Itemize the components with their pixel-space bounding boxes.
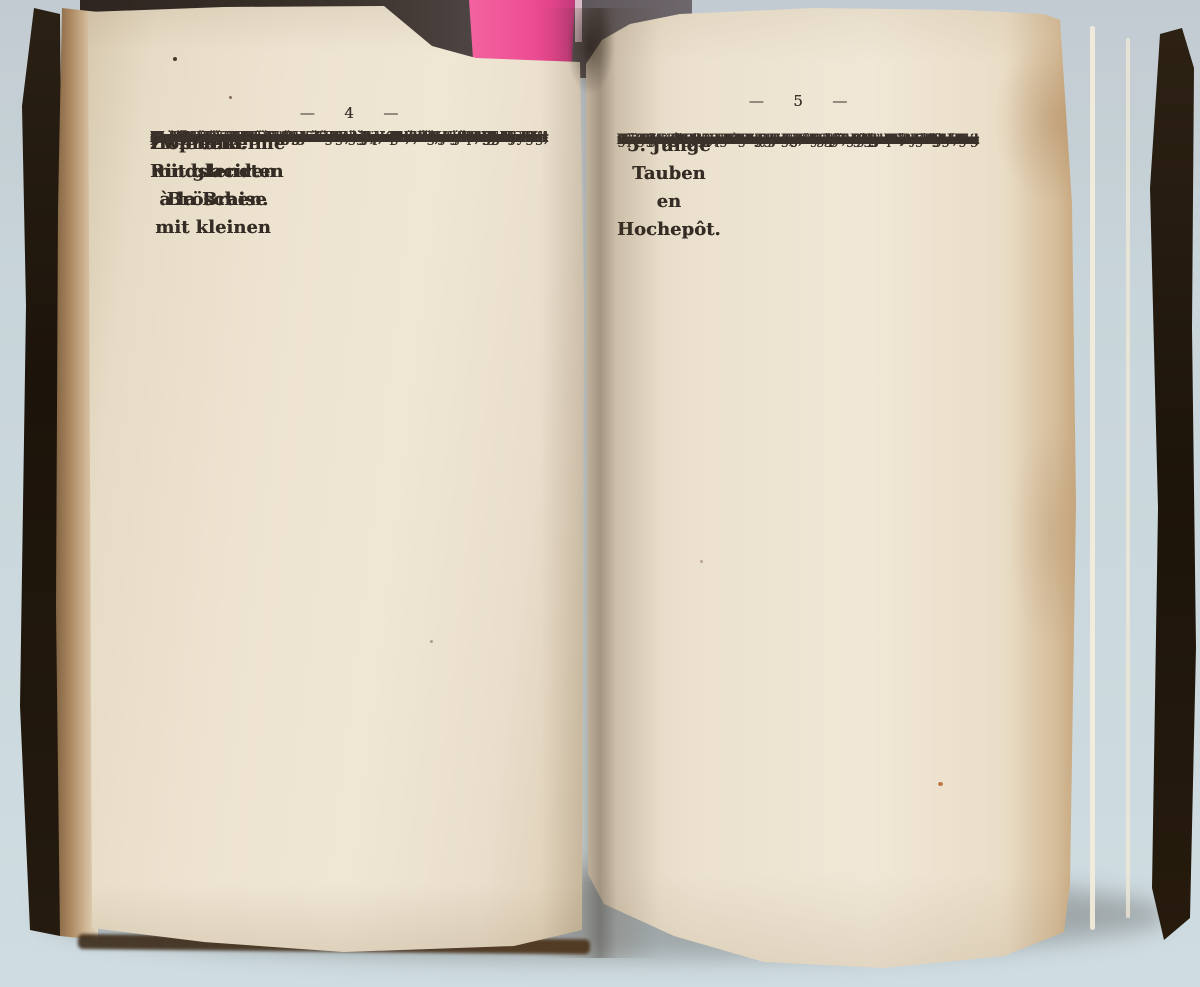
left-page: — 4 — man denselben möglichst dünn auf, … — [84, 4, 586, 960]
fore-edge-gap — [1126, 38, 1130, 918]
foxing-spot — [173, 57, 177, 61]
text-line: zu Tische. — [617, 128, 688, 154]
foxing-spot — [700, 560, 703, 563]
bookmark-ribbon-highlight — [575, 0, 582, 42]
fore-edge-gap — [1090, 26, 1095, 930]
right-page-number: — 5 — — [617, 92, 979, 110]
book-photo: — 4 — man denselben möglichst dünn auf, … — [0, 0, 1200, 987]
left-page-number: — 4 — — [150, 104, 548, 122]
bookmark-ribbon — [469, 0, 575, 62]
foxing-spot — [938, 782, 943, 786]
foxing-spot — [430, 640, 433, 643]
right-page: — 5 — weiße Coulis darauf gegeben, und w… — [584, 4, 1076, 970]
foxing-spot — [229, 96, 232, 99]
text-line: Butter und ein wenig Zucker einpassirt, … — [150, 126, 505, 152]
